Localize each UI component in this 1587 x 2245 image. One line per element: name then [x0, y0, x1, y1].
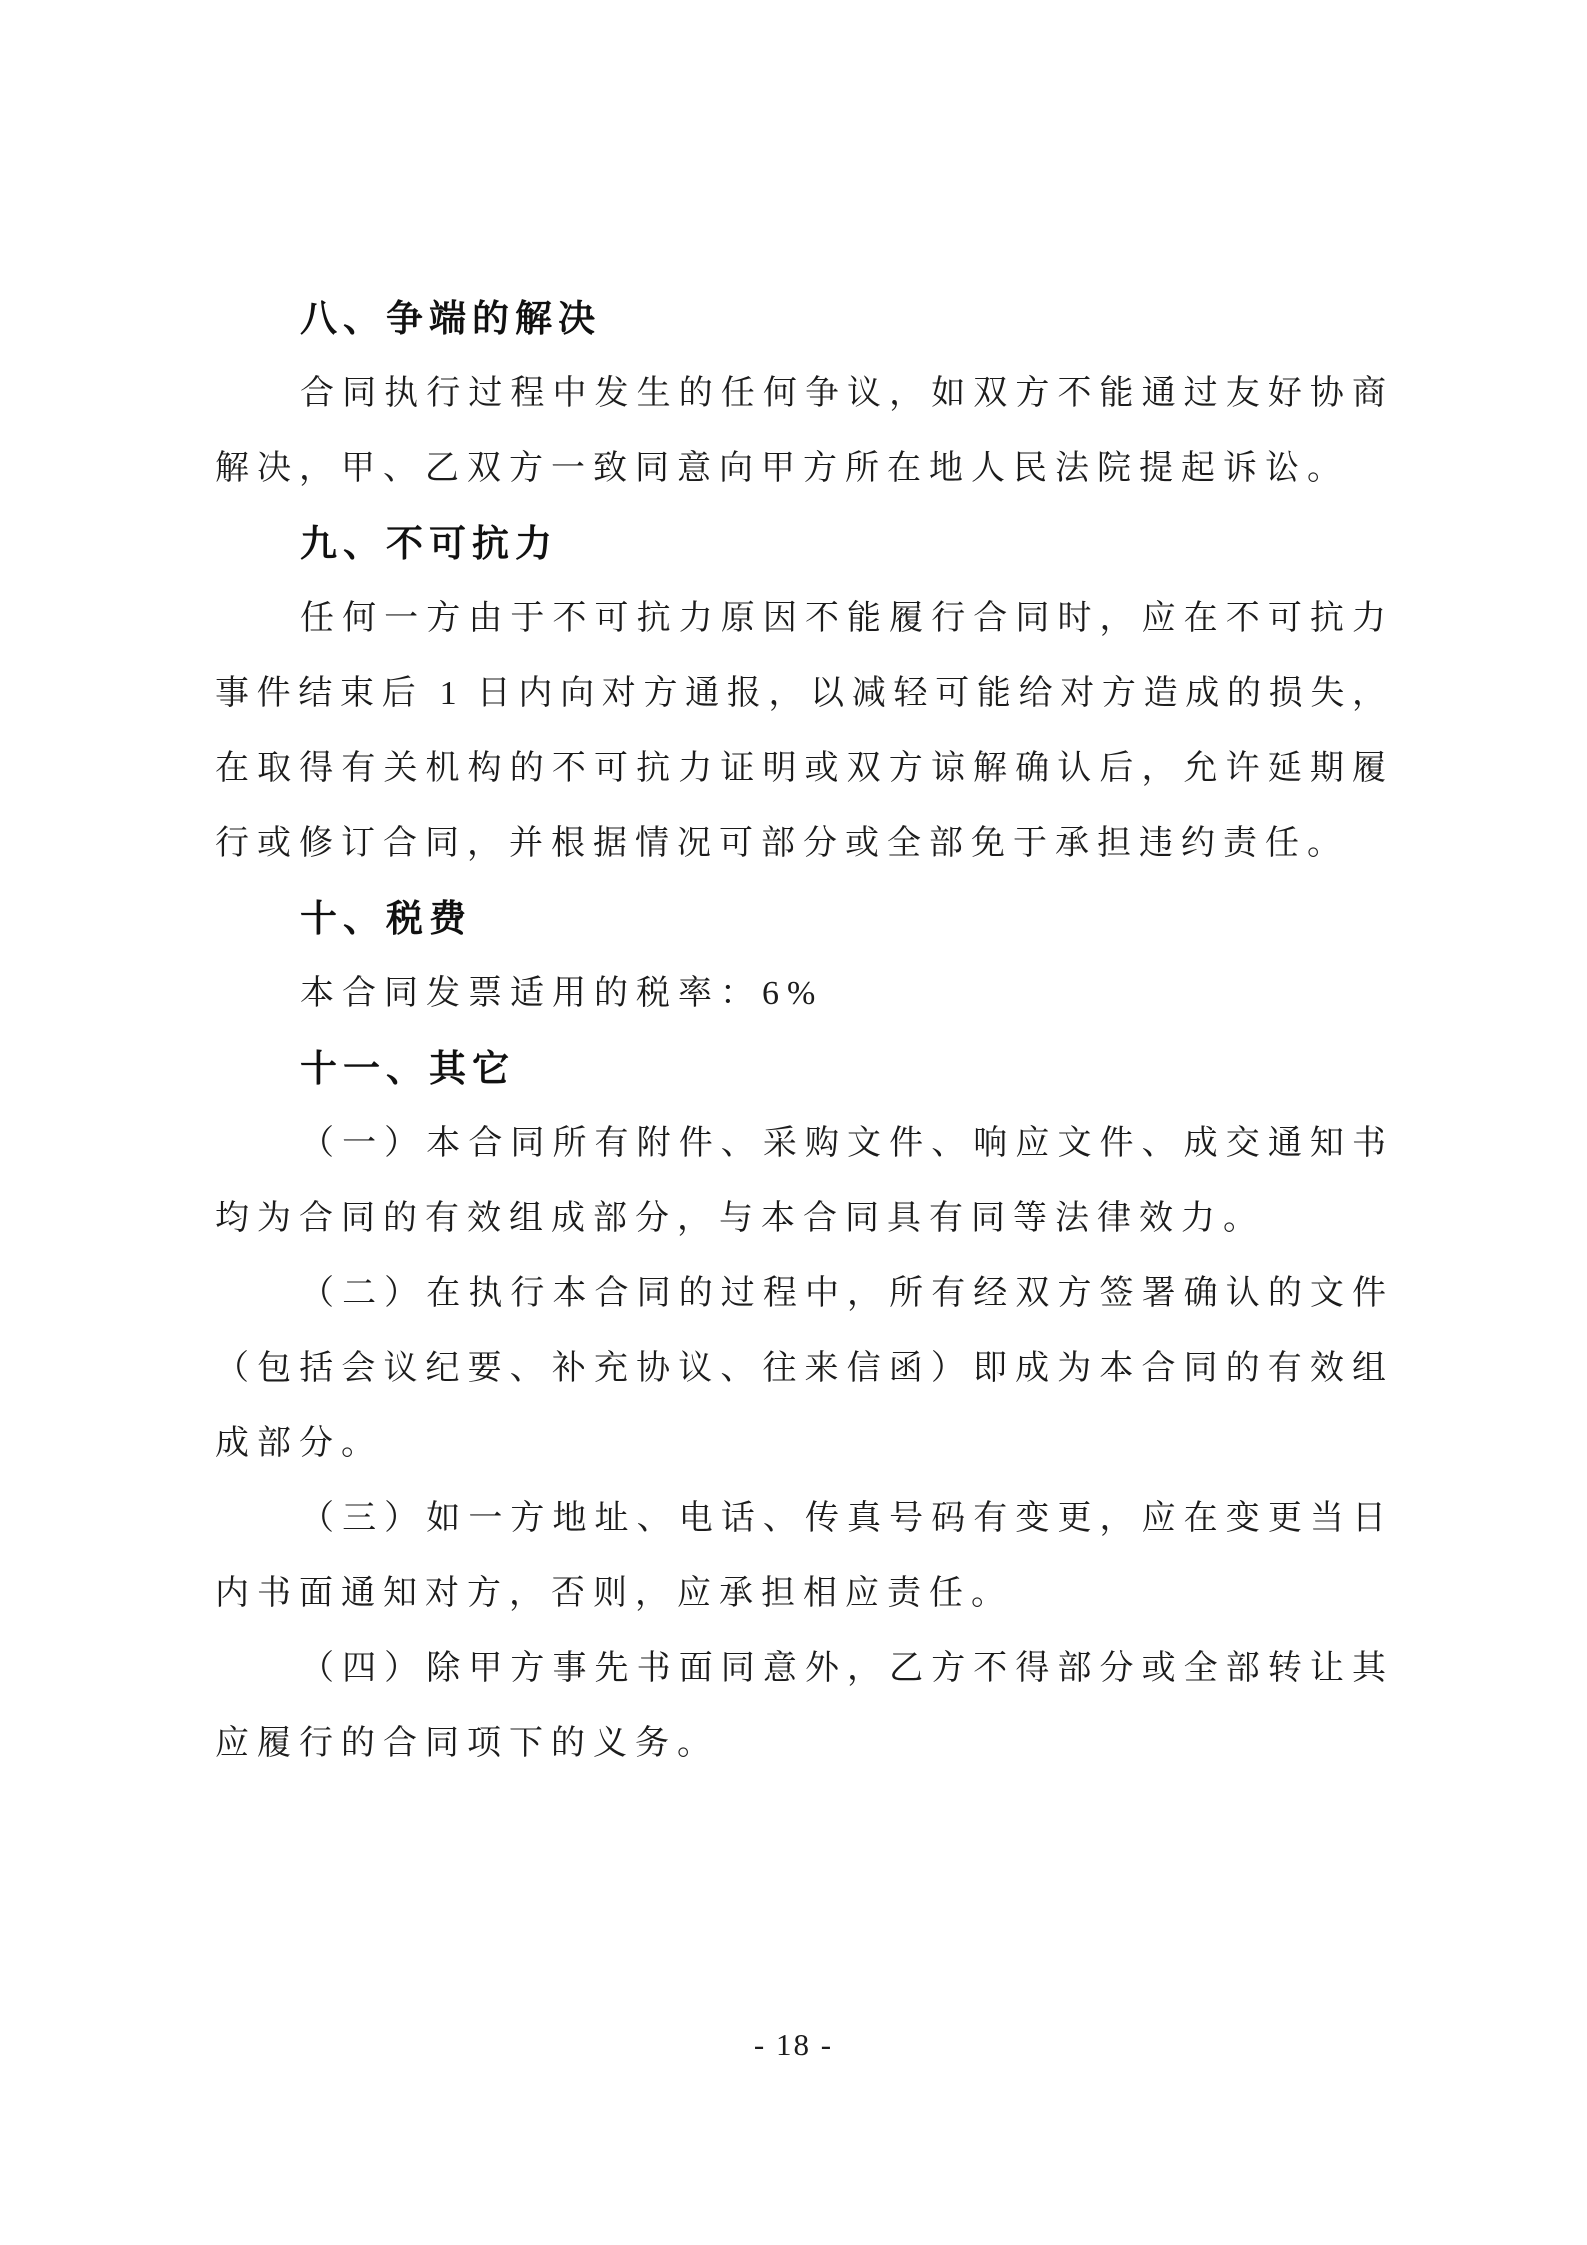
- section-9-heading: 九、不可抗力: [215, 506, 1390, 581]
- contract-line: 在取得有关机构的不可抗力证明或双方谅解确认后，允许延期履: [215, 731, 1390, 806]
- contract-body: 八、争端的解决 合同执行过程中发生的任何争议，如双方不能通过友好协商 解决，甲、…: [215, 281, 1390, 1781]
- contract-line: 任何一方由于不可抗力原因不能履行合同时，应在不可抗力: [215, 581, 1390, 656]
- contract-line: 事件结束后 1 日内向对方通报，以减轻可能给对方造成的损失，: [215, 656, 1390, 731]
- document-page: 八、争端的解决 合同执行过程中发生的任何争议，如双方不能通过友好协商 解决，甲、…: [0, 0, 1587, 2245]
- contract-line: （包括会议纪要、补充协议、往来信函）即成为本合同的有效组: [215, 1331, 1390, 1406]
- contract-line: （一）本合同所有附件、采购文件、响应文件、成交通知书: [215, 1106, 1390, 1181]
- section-11-heading: 十一、其它: [215, 1031, 1390, 1106]
- section-10-heading: 十、税费: [215, 881, 1390, 956]
- contract-line: （四）除甲方事先书面同意外，乙方不得部分或全部转让其: [215, 1631, 1390, 1706]
- contract-line: 内书面通知对方，否则，应承担相应责任。: [215, 1556, 1390, 1631]
- contract-line: （二）在执行本合同的过程中，所有经双方签署确认的文件: [215, 1256, 1390, 1331]
- contract-line: 合同执行过程中发生的任何争议，如双方不能通过友好协商: [215, 356, 1390, 431]
- contract-line: 应履行的合同项下的义务。: [215, 1706, 1390, 1781]
- contract-line: 解决，甲、乙双方一致同意向甲方所在地人民法院提起诉讼。: [215, 431, 1390, 506]
- contract-line: （三）如一方地址、电话、传真号码有变更，应在变更当日: [215, 1481, 1390, 1556]
- section-8-heading: 八、争端的解决: [215, 281, 1390, 356]
- contract-line: 成部分。: [215, 1406, 1390, 1481]
- page-number: - 18 -: [0, 2025, 1587, 2065]
- contract-line: 行或修订合同，并根据情况可部分或全部免于承担违约责任。: [215, 806, 1390, 881]
- tax-rate-line: 本合同发票适用的税率：6%: [215, 956, 1390, 1031]
- contract-line: 均为合同的有效组成部分，与本合同具有同等法律效力。: [215, 1181, 1390, 1256]
